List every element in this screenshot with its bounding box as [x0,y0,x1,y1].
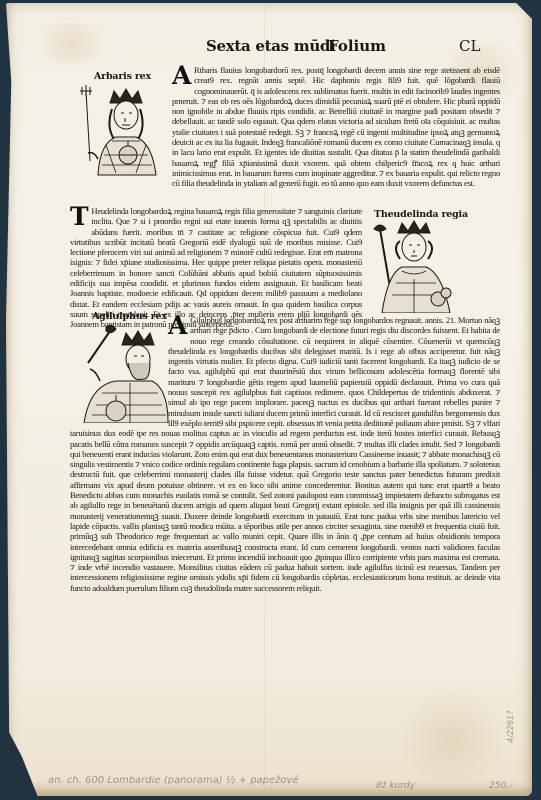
section-agilulphus: AGilulphus longobardoꝝ rex post artharim… [70,315,500,593]
pencil-note-middle: 8ž kurdy [376,781,415,791]
pencil-note-description: an. ch. 600 Lombardie (panorama) ½ + pap… [48,775,299,786]
section-text: Rtharis flauius longobardorū rex. postq̄… [172,65,500,188]
caption-arbaris: Arbaris rex [94,71,151,82]
illustration-wrap-spacer [70,315,168,425]
foxing-stain [26,23,116,63]
folio-number: CL [459,37,480,55]
folio-label: Folium [328,37,386,55]
woodcut-queen-icon [362,219,458,313]
woodcut-king-icon [76,83,172,179]
dropcap-t: T [70,207,88,227]
dropcap-a: A [172,66,191,86]
pencil-note-price: 250,- [489,781,512,791]
folio-page: Sexta etas mūdi Folium CL Arbaris rex AR… [6,3,532,796]
dropcap-a: A [168,316,187,336]
running-header: Sexta etas mūdi Folium CL [206,37,496,57]
section-arbaris: ARtharis flauius longobardorū rex. postq… [172,65,500,189]
foxing-stain [386,693,516,783]
running-title: Sexta etas mūdi [206,37,336,55]
pencil-note-inventory: 4/2261? [506,711,515,743]
